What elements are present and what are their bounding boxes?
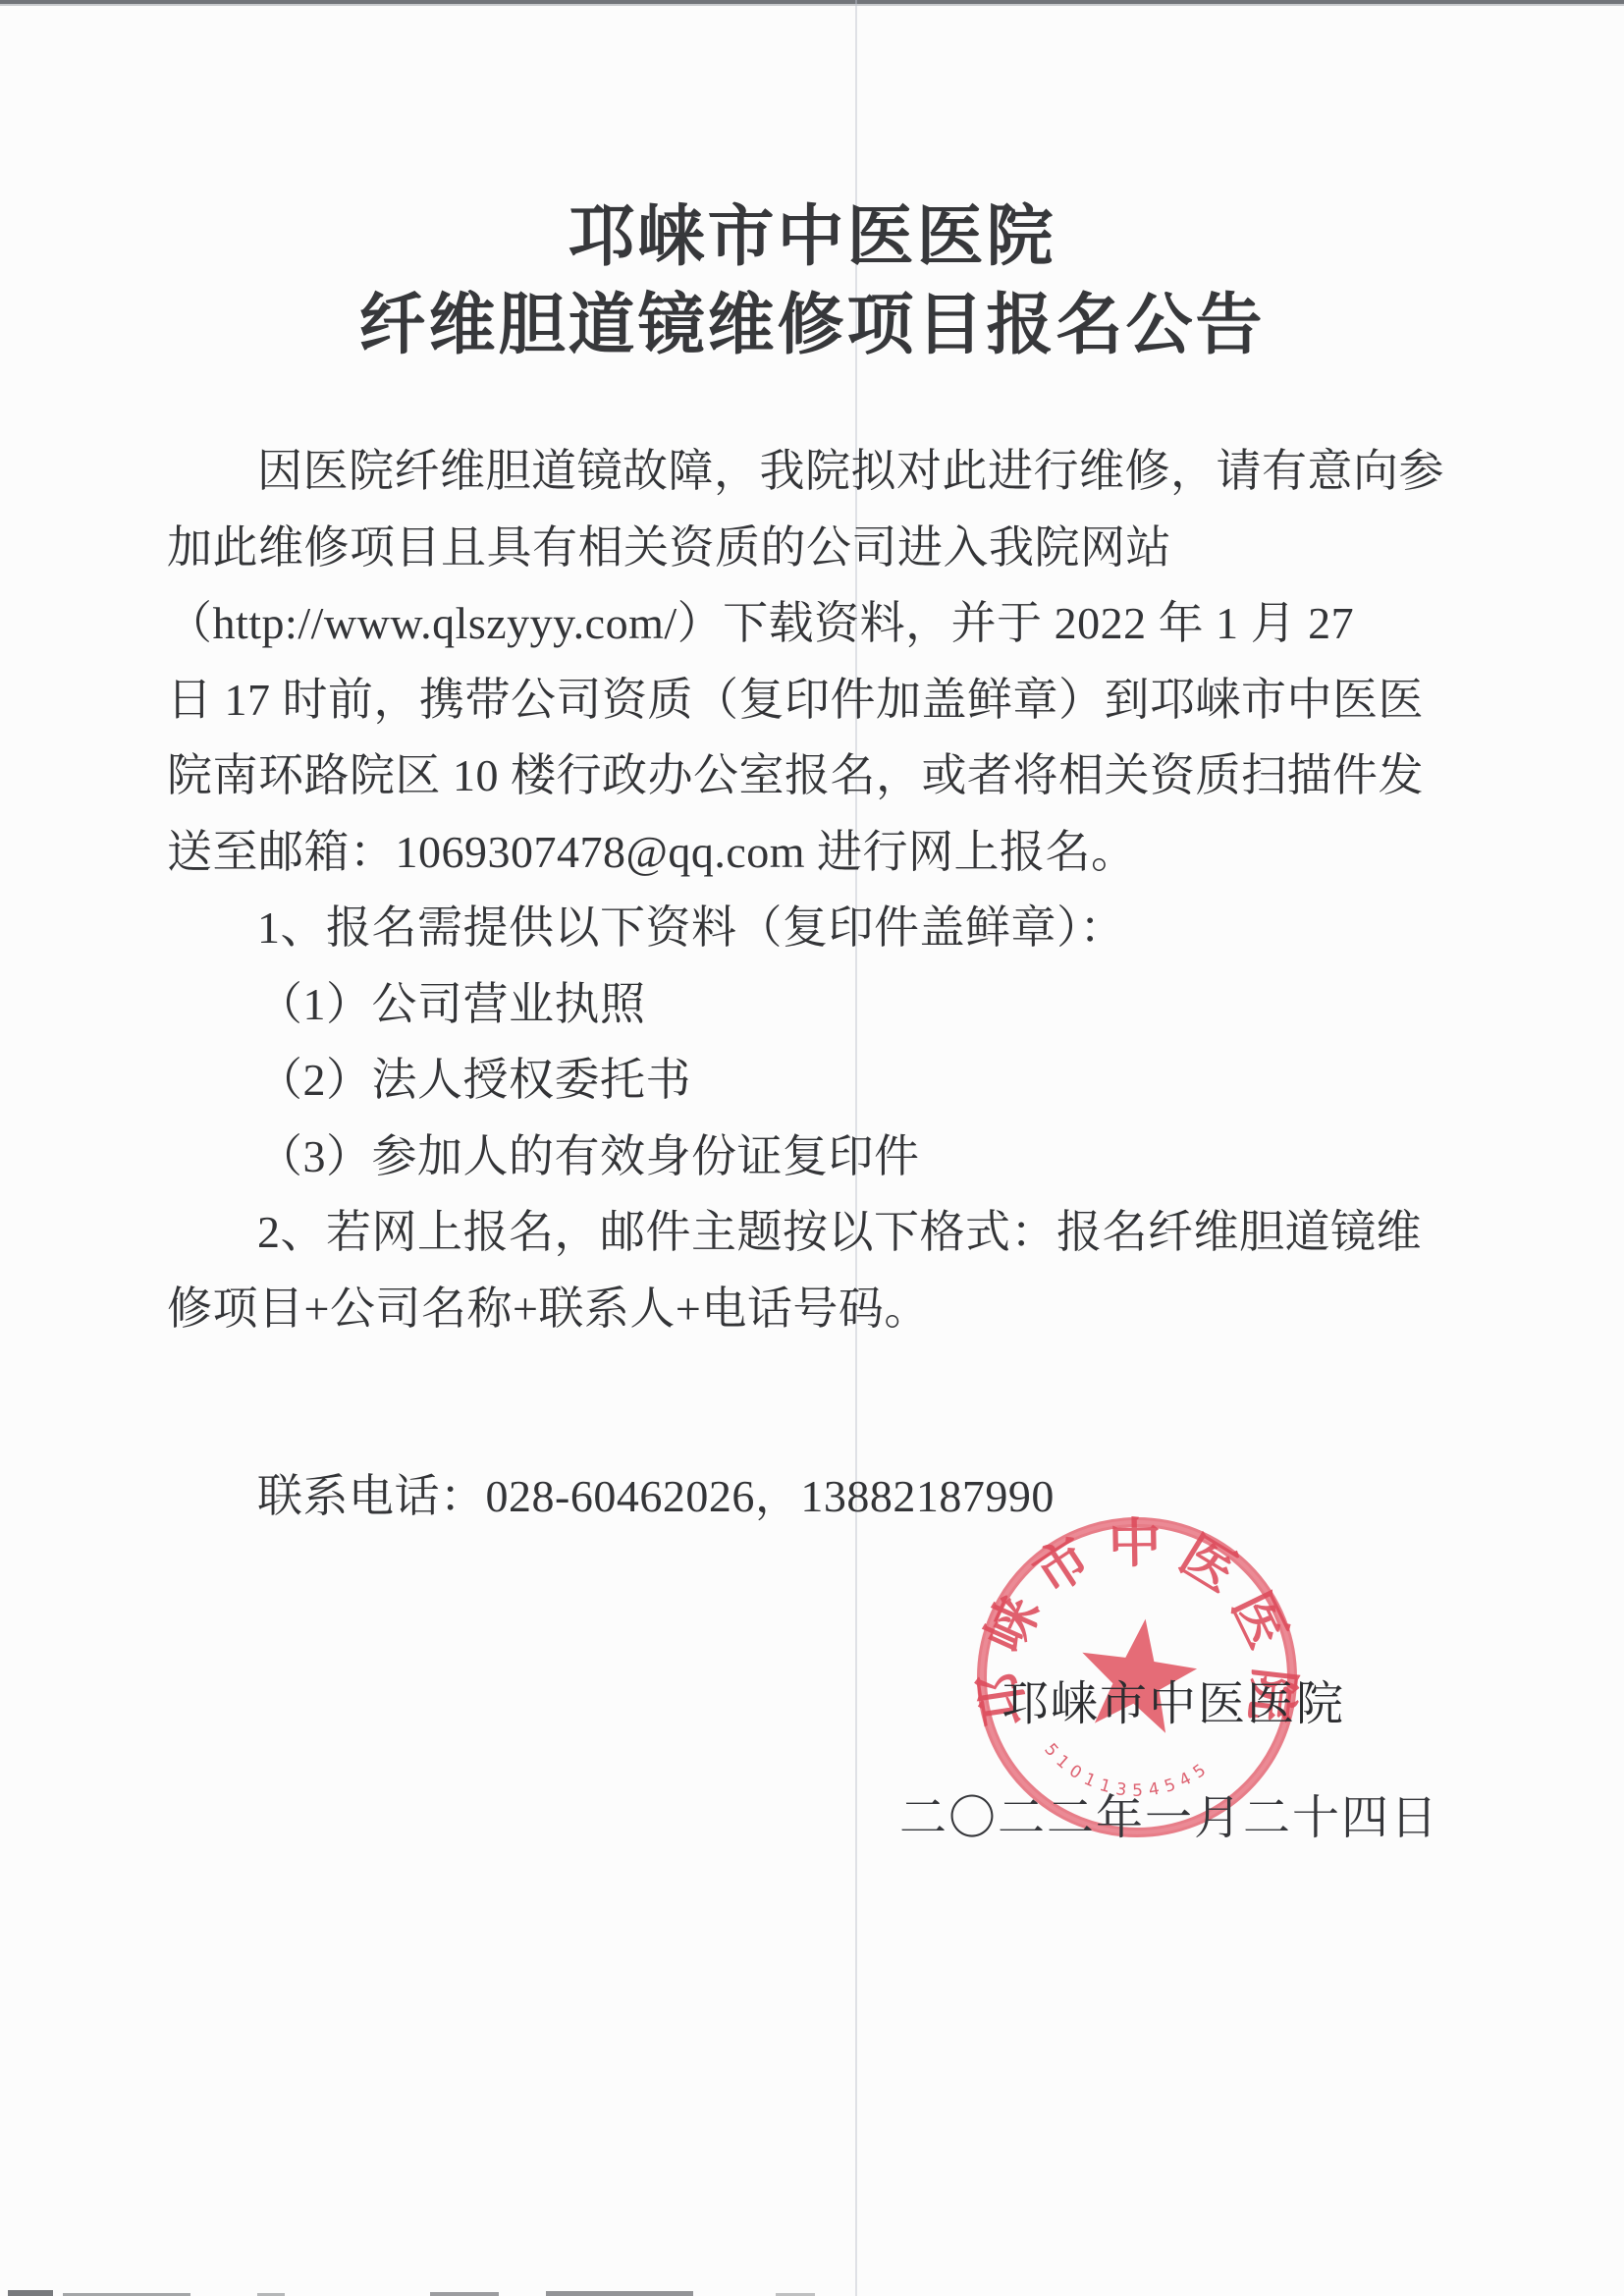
body-line: （2）法人授权委托书 xyxy=(167,1042,1444,1119)
document-page: 邛崃市中医医院 纤维胆道镜维修项目报名公告 因医院纤维胆道镜故障，我院拟对此进行… xyxy=(0,0,1624,2296)
document-title: 邛崃市中医医院 纤维胆道镜维修项目报名公告 xyxy=(0,192,1624,369)
scan-top-edge-shadow xyxy=(0,4,1624,6)
body-line: 加此维修项目且具有相关资质的公司进入我院网站 xyxy=(167,510,1444,586)
body-line: （http://www.qlszyyy.com/）下载资料，并于 2022 年 … xyxy=(167,585,1444,662)
title-line-1: 邛崃市中医医院 xyxy=(0,192,1624,281)
body-line: （1）公司营业执照 xyxy=(167,966,1444,1043)
body-line: 修项目+公司名称+联系人+电话号码。 xyxy=(167,1271,1444,1347)
document-date: 二〇二二年一月二十四日 xyxy=(899,1791,1439,1846)
body-line: （3）参加人的有效身份证复印件 xyxy=(167,1119,1444,1195)
body-line: 送至邮箱：1069307478@qq.com 进行网上报名。 xyxy=(167,814,1444,891)
scan-artifact xyxy=(430,2292,499,2296)
body-line: 院南环路院区 10 楼行政办公室报名，或者将相关资质扫描件发 xyxy=(167,738,1444,814)
title-line-2: 纤维胆道镜维修项目报名公告 xyxy=(0,281,1624,369)
body-line: 2、若网上报名，邮件主题按以下格式：报名纤维胆道镜维 xyxy=(167,1194,1444,1271)
body-line: 1、报名需提供以下资料（复印件盖鲜章）： xyxy=(167,890,1444,966)
document-body: 因医院纤维胆道镜故障，我院拟对此进行维修，请有意向参加此维修项目且具有相关资质的… xyxy=(167,433,1444,1346)
signature-hospital-name: 邛崃市中医医院 xyxy=(1001,1677,1345,1732)
contact-phone-line: 联系电话：028-60462026，13882187990 xyxy=(257,1458,1055,1535)
scan-artifact xyxy=(546,2291,693,2296)
body-line: 日 17 时前，携带公司资质（复印件加盖鲜章）到邛崃市中医医 xyxy=(167,662,1444,738)
scan-artifact xyxy=(8,2290,53,2296)
body-line: 因医院纤维胆道镜故障，我院拟对此进行维修，请有意向参 xyxy=(167,433,1444,510)
